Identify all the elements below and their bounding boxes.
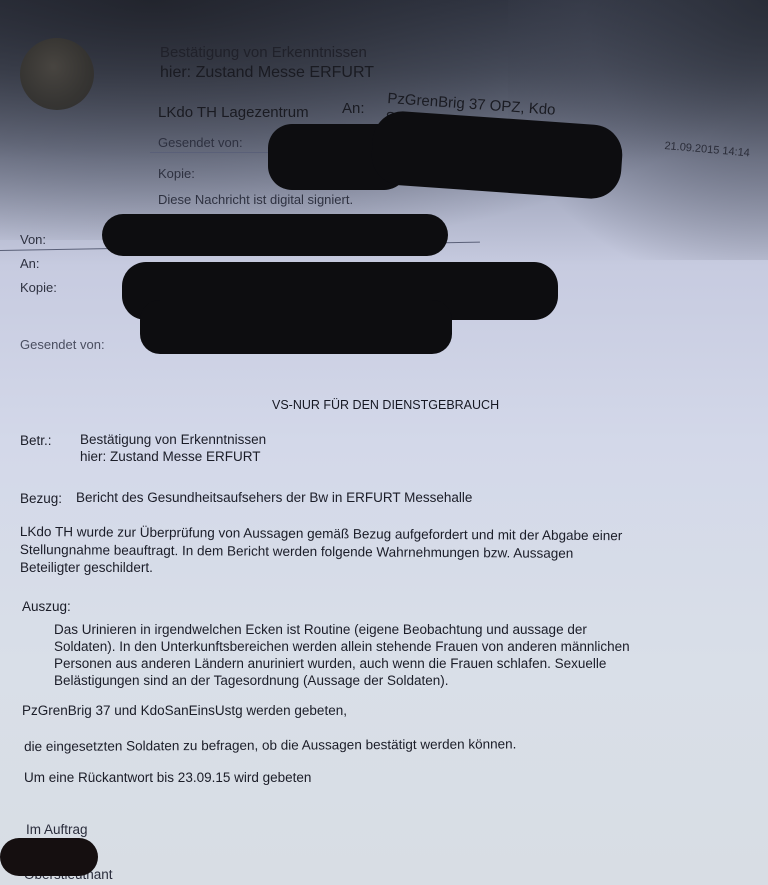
header-subject-line1: Bestätigung von Erkenntnissen [160,44,367,61]
excerpt-line: Personen aus anderen Ländern anuriniert … [54,655,606,672]
redaction-cc-names [370,109,625,200]
redaction-signatory-name [0,838,98,876]
excerpt-line: Das Urinieren in irgendwelchen Ecken ist… [54,621,587,638]
header-cc-label: Kopie: [158,166,195,181]
header-subject-line2: hier: Zustand Messe ERFURT [160,64,374,82]
forward-to-label: An: [20,256,40,271]
header-sender: LKdo TH Lagezentrum [158,104,309,121]
header-sent-by-label: Gesendet von: [158,135,243,150]
excerpt-line: Soldaten). In den Unterkunftsbereichen w… [54,638,630,655]
header-timestamp: 21.09.2015 14:14 [664,140,750,159]
forward-cc-label: Kopie: [20,280,57,295]
header-to-label: An: [342,100,365,117]
reference-label: Bezug: [20,490,62,507]
request-line1: PzGrenBrig 37 und KdoSanEinsUstg werden … [22,702,347,719]
redaction-sent-by-name [140,300,452,354]
forward-from-label: Von: [20,232,46,247]
subject-line1: Bestätigung von Erkenntnissen [80,431,266,448]
redaction-from-name [102,214,448,256]
request-line2: die eingesetzten Soldaten zu befragen, o… [24,735,516,755]
intro-line: Beteiligter geschildert. [20,559,153,576]
closing-im-auftrag: Im Auftrag [26,821,88,838]
header-divider [150,152,280,153]
sender-logo-icon [20,38,94,110]
excerpt-label: Auszug: [22,598,71,615]
classification-marking: VS-NUR FÜR DEN DIENSTGEBRAUCH [272,398,499,412]
subject-line2: hier: Zustand Messe ERFURT [80,448,261,465]
header-signature-note: Diese Nachricht ist digital signiert. [158,192,353,207]
forward-sent-by-label: Gesendet von: [20,337,105,352]
excerpt-line: Belästigungen sind an der Tagesordnung (… [54,672,449,689]
subject-label: Betr.: [20,432,52,449]
reference-text: Bericht des Gesundheitsaufsehers der Bw … [76,489,472,506]
request-line3: Um eine Rückantwort bis 23.09.15 wird ge… [24,769,311,786]
document-photo: Bestätigung von Erkenntnissen hier: Zust… [0,0,768,885]
